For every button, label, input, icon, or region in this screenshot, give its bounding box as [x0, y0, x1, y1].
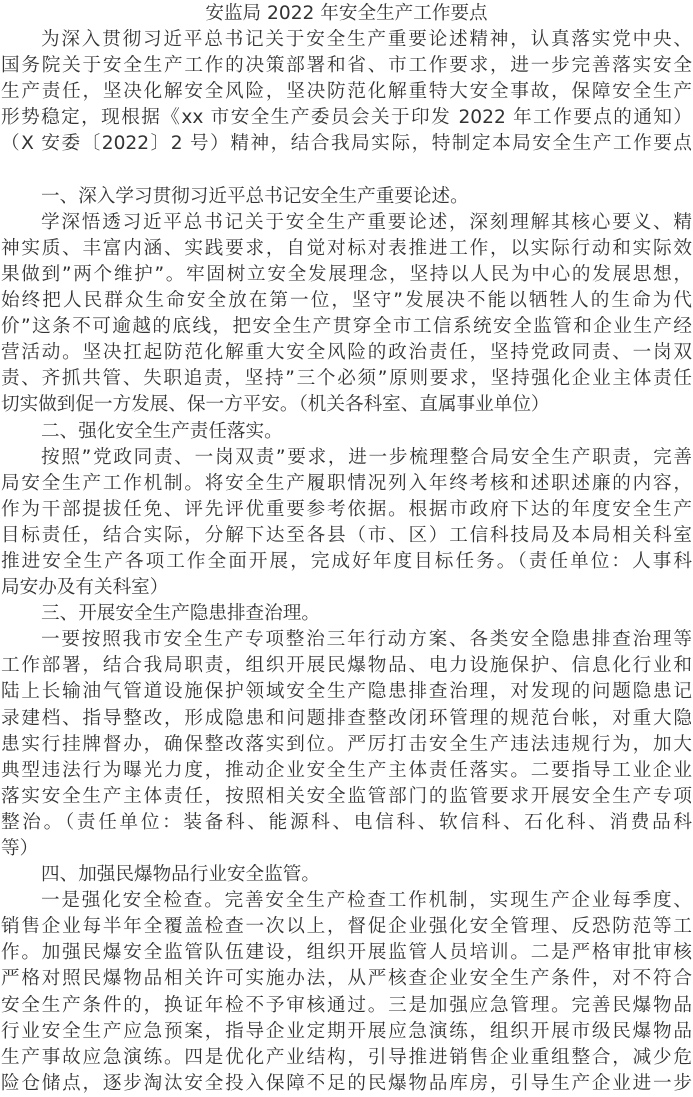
- document-title: 安监局 2022 年安全生产工作要点: [0, 1, 693, 27]
- paragraph-line: 局安办及有关科室）: [0, 575, 693, 601]
- paragraph-line: 始终把人民群众生命安全放在第一位，坚守”发展决不能以牺牲人的生命为代: [0, 288, 693, 314]
- section-3: 三、开展安全生产隐患排查治理。 一要按照我市安全生产专项整治三年行动方案、各类安…: [0, 601, 693, 862]
- paragraph-line: 责、齐抓共管、失职追责，坚持”三个必须”原则要求，坚持强化企业主体责任: [0, 366, 693, 392]
- paragraph-line: 等）: [0, 836, 693, 862]
- paragraph-line: 险仓储点，逐步淘汰安全投入保障不足的民爆物品库房，引导生产企业进一步: [0, 1071, 693, 1097]
- paragraph-line: 作。加强民爆安全监管队伍建设，组织开展监管人员培训。二是严格审批审核: [0, 940, 693, 966]
- section-1: 一、深入学习贯彻习近平总书记安全生产重要论述。 学深悟透习近平总书记关于安全生产…: [0, 184, 693, 419]
- section-heading: 四、加强民爆物品行业安全监管。: [0, 862, 693, 888]
- paragraph-line: 典型违法行为曝光力度，推动企业安全生产主体责任落实。二要指导工业企业: [0, 758, 693, 784]
- paragraph-line: 生产事故应急演练。四是优化产业结构，引导推进销售企业重组整合，减少危: [0, 1045, 693, 1071]
- paragraph-line: 一是强化安全检查。完善安全生产检查工作机制，实现生产企业每季度、: [0, 888, 693, 914]
- paragraph-line: 推进安全生产各项工作全面开展，完成好年度目标任务。（责任单位：人事科: [0, 549, 693, 575]
- paragraph-line: 作为干部提拔任免、评先评优重要参考依据。根据市政府下达的年度安全生产: [0, 497, 693, 523]
- paragraph-line: 局安全生产工作机制。将安全生产履职情况列入年终考核和述职述廉的内容，: [0, 471, 693, 497]
- blank-line: [0, 158, 693, 184]
- paragraph-line: 行业安全生产应急预案，指导企业定期开展应急演练，组织开展市级民爆物品: [0, 1019, 693, 1045]
- paragraph-line: 严格对照民爆物品相关许可实施办法，从严核查企业安全生产条件，对不符合: [0, 966, 693, 992]
- paragraph-line: 营活动。坚决扛起防范化解重大安全风险的政治责任，坚持党政同责、一岗双: [0, 340, 693, 366]
- intro-line: （X 安委〔2022〕2 号）精神，结合我局实际，特制定本局安全生产工作要点: [0, 131, 693, 157]
- paragraph-line: 按照”党政同责、一岗双责”要求，进一步梳理整合局安全生产职责，完善: [0, 445, 693, 471]
- paragraph-line: 切实做到促一方发展、保一方平安。（机关各科室、直属事业单位）: [0, 392, 693, 418]
- section-heading: 二、强化安全生产责任落实。: [0, 419, 693, 445]
- intro-line: 形势稳定，现根据《xx 市安全生产委员会关于印发 2022 年工作要点的通知）: [0, 105, 693, 131]
- paragraph-line: 价”这条不可逾越的底线，把安全生产贯穿全市工信系统安全监管和企业生产经: [0, 314, 693, 340]
- paragraph-line: 果做到”两个维护”。牢固树立安全发展理念，坚持以人民为中心的发展思想，: [0, 262, 693, 288]
- paragraph-line: 安全生产条件的，换证年检不予审核通过。三是加强应急管理。完善民爆物品: [0, 993, 693, 1019]
- section-heading: 三、开展安全生产隐患排查治理。: [0, 601, 693, 627]
- paragraph-line: 患实行挂牌督办，确保整改落实到位。严厉打击安全生产违法违规行为，加大: [0, 732, 693, 758]
- paragraph-line: 陆上长输油气管道设施保护领域安全生产隐患排查治理，对发现的问题隐患记: [0, 679, 693, 705]
- paragraph-line: 录建档、指导整改，形成隐患和问题排查整改闭环管理的规范台帐，对重大隐: [0, 706, 693, 732]
- paragraph-line: 学深悟透习近平总书记关于安全生产重要论述，深刻理解其核心要义、精: [0, 210, 693, 236]
- paragraph-line: 销售企业每半年全覆盖检查一次以上，督促企业强化安全管理、反恐防范等工: [0, 914, 693, 940]
- paragraph-line: 整治。（责任单位：装备科、能源科、电信科、软信科、石化科、消费品科: [0, 810, 693, 836]
- section-4: 四、加强民爆物品行业安全监管。 一是强化安全检查。完善安全生产检查工作机制，实现…: [0, 862, 693, 1097]
- intro-line: 国务院关于安全生产工作的决策部署和省、市工作要求，进一步完善落实安全: [0, 53, 693, 79]
- paragraph-line: 落实安全生产主体责任，按照相关安全监管部门的监管要求开展安全生产专项: [0, 784, 693, 810]
- paragraph-line: 工作部署，结合我局职责，组织开展民爆物品、电力设施保护、信息化行业和: [0, 653, 693, 679]
- section-2: 二、强化安全生产责任落实。 按照”党政同责、一岗双责”要求，进一步梳理整合局安全…: [0, 419, 693, 602]
- paragraph-line: 神实质、丰富内涵、实践要求，自觉对标对表推进工作，以实际行动和实际效: [0, 236, 693, 262]
- intro-line: 生产责任，坚决化解安全风险，坚决防范化解重特大安全事故，保障安全生产: [0, 79, 693, 105]
- paragraph-line: 目标责任，结合实际，分解下达至各县（市、区）工信科技局及本局相关科室: [0, 523, 693, 549]
- section-heading: 一、深入学习贯彻习近平总书记安全生产重要论述。: [0, 184, 693, 210]
- intro-line: 为深入贯彻习近平总书记关于安全生产重要论述精神，认真落实党中央、: [0, 27, 693, 53]
- intro-paragraph: 为深入贯彻习近平总书记关于安全生产重要论述精神，认真落实党中央、 国务院关于安全…: [0, 27, 693, 157]
- document-page: 安监局 2022 年安全生产工作要点 为深入贯彻习近平总书记关于安全生产重要论述…: [0, 1, 693, 1097]
- paragraph-line: 一要按照我市安全生产专项整治三年行动方案、各类安全隐患排查治理等: [0, 627, 693, 653]
